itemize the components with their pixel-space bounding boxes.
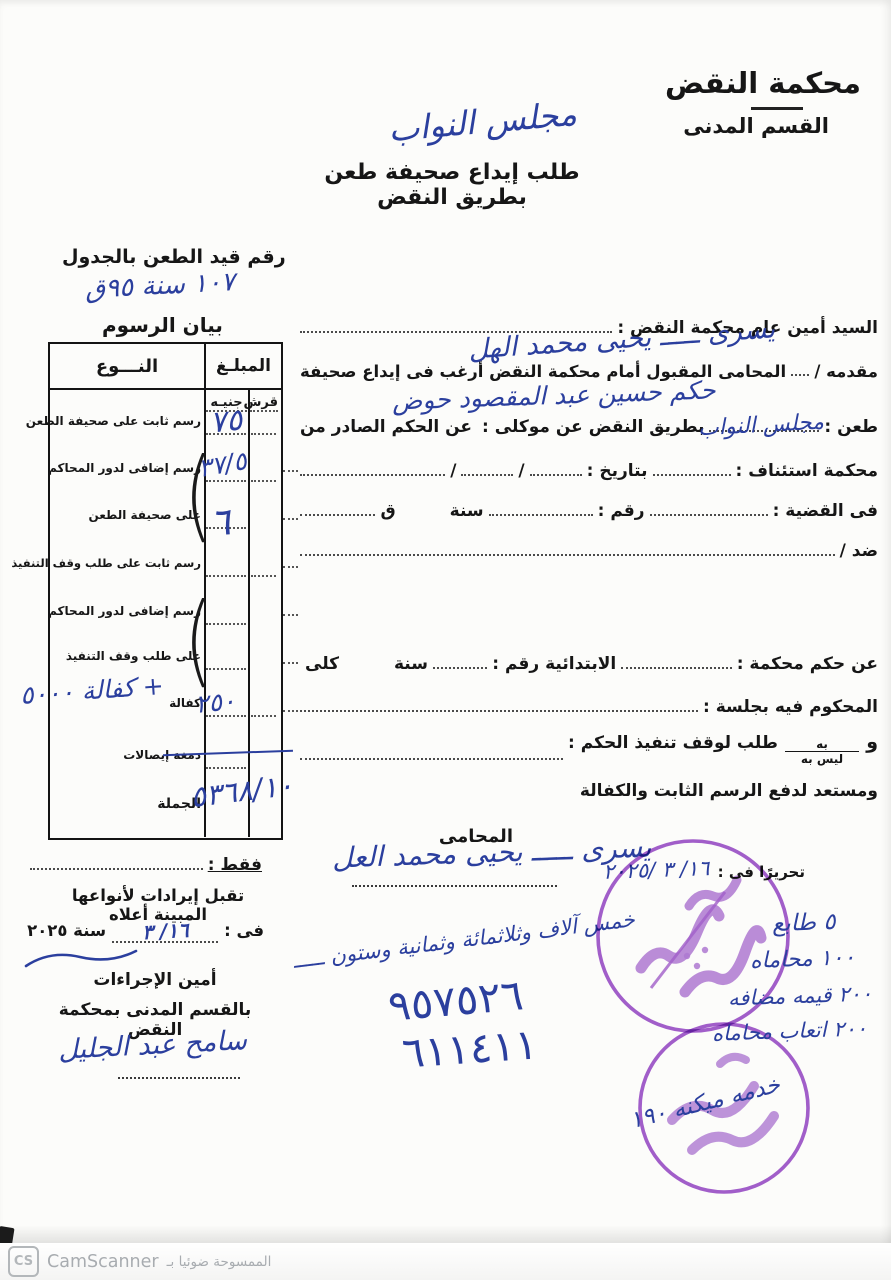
camscanner-logo-icon: CS: [8, 1246, 39, 1277]
hasnot-label: ليس به: [785, 751, 859, 766]
note-label: قيمه مضافه: [728, 983, 832, 1011]
registry-number-handwritten: ١٠٧ سنة ٩٥ق: [79, 267, 240, 305]
page-bottom-edge: [0, 1225, 891, 1243]
court-name-underline: [751, 107, 803, 110]
fee-row-label: رسم إضافى لدور المحاكم: [48, 604, 201, 618]
fee-row-label: رسم ثابت على طلب وقف التنفيذ: [11, 556, 201, 570]
blank-line: [621, 664, 731, 669]
fees-table-header: النـــوع المبلـغ: [50, 344, 281, 390]
form-line-stay: و به ليس به طلب لوقف تنفيذ الحكم :: [300, 731, 878, 765]
receipt-number-2: ٦١١٤١١: [400, 1019, 538, 1077]
officer-title-line1: أمين الإجراءات: [88, 970, 222, 990]
year-label: سنة: [450, 501, 484, 521]
blank-line: [300, 755, 563, 760]
camscanner-bar: CS CamScanner الممسوحة ضوئيا بـ: [0, 1243, 891, 1280]
blank-line: [30, 865, 203, 870]
client-name-handwritten: حكم حسين عبد المقصود حوض: [392, 375, 716, 415]
registry-label: رقم قيد الطعن بالجدول: [62, 246, 286, 268]
margin-note-attorney-fees: ٢٠٠ اتعاب محاماه: [712, 1016, 868, 1045]
scanned-document-page: محكمة النقض القسم المدنى مجلس النواب طلب…: [0, 0, 891, 1280]
case-label: فى القضية :: [773, 501, 878, 521]
against-label: ضد /: [840, 541, 878, 561]
table-divider-pounds-piasters: [248, 390, 250, 837]
date-label: بتاريخ :: [587, 461, 648, 481]
fees-table: النـــوع المبلـغ جنيـه قرش رسم ثابت على …: [48, 342, 283, 840]
fee-amount-handwritten: ٦: [208, 499, 232, 545]
blank-line: [650, 511, 768, 516]
ready-clause: ومستعد لدفع الرسم الثابت والكفالة: [580, 781, 878, 801]
form-line-against: ضد /: [300, 541, 878, 561]
leader-dots: [283, 710, 298, 712]
document-title: طلب إيداع صحيفة طعن بطريق النقض: [287, 160, 617, 210]
court-section: القسم المدنى: [683, 114, 829, 138]
scanned-with-text: الممسوحة ضوئيا بـ: [167, 1254, 272, 1270]
leader-dots: [283, 566, 298, 568]
note-amount: ٢٠٠: [838, 981, 873, 1006]
column-amount: المبلـغ: [206, 344, 281, 388]
signature-dotted-line: [118, 1077, 240, 1079]
slash-mark: /: [450, 461, 456, 481]
kolli-label: كلى: [305, 654, 339, 674]
court-name: محكمة النقض: [665, 66, 861, 100]
only-line: فقط :: [30, 855, 262, 875]
wa-label: و: [866, 731, 878, 753]
qaf-label: ق: [380, 501, 395, 521]
margin-note-lawyering: ١٠٠ محاماه: [750, 945, 856, 974]
leader-dots: [251, 431, 276, 435]
form-line-appeal-court: محكمة استئناف : بتاريخ : / /: [300, 461, 878, 481]
blank-line: [489, 511, 593, 516]
blank-line: [791, 371, 809, 376]
form-line-session: المحكوم فيه بجلسة :: [300, 697, 878, 717]
judgment-source-clause: عن الحكم الصادر من: [300, 417, 472, 437]
pen-swoosh: [22, 944, 140, 972]
fees-table-body: جنيـه قرش رسم ثابت على صحيفة الطعن رسم إ…: [50, 390, 281, 837]
signature-dotted-line: [352, 885, 557, 887]
leader-dots: [283, 614, 298, 616]
blank-line: [461, 471, 513, 476]
form-line-submitted-by: مقدمه / المحامى المقبول أمام محكمة النقض…: [300, 362, 878, 381]
first-instance-label: عن حكم محكمة :: [737, 654, 878, 674]
note-amount: ٥: [823, 909, 836, 935]
leader-dots: [251, 478, 276, 482]
appeal-clause: بطريق النقض عن موكلى :: [482, 417, 704, 437]
margin-note-vat: ٢٠٠ قيمه مضافه: [728, 981, 873, 1010]
handwritten-top-note: مجلس النواب: [387, 94, 579, 149]
fee-amount-handwritten: ٢٥٠: [194, 686, 237, 719]
appeal-court-label: محكمة استئناف :: [736, 461, 879, 481]
leader-dots: [283, 470, 298, 472]
has-label: به: [816, 738, 828, 751]
camscanner-brand: CamScanner: [47, 1252, 159, 1272]
in-label: فى :: [224, 921, 264, 940]
has-hasnot-fraction: به ليس به: [785, 738, 859, 765]
form-line-ready: ومستعد لدفع الرسم الثابت والكفالة: [300, 781, 878, 801]
column-piasters: قرش: [250, 395, 278, 412]
slash-mark: /: [518, 461, 524, 481]
leader-dots: [251, 573, 276, 577]
leader-dots: [206, 573, 246, 577]
bracket-mark: (: [184, 582, 213, 698]
column-type: النـــوع: [50, 344, 206, 388]
year-label: سنة: [394, 654, 428, 674]
only-label: فقط :: [208, 855, 262, 875]
blank-line: [300, 707, 698, 712]
blank-line: [300, 511, 375, 516]
stay-clause: طلب لوقف تنفيذ الحكم :: [568, 733, 778, 753]
note-label: محاماه: [750, 947, 814, 974]
blank-line: ١٦/ ٣: [112, 917, 218, 943]
year-clause: سنة ٢٠٢٥: [27, 921, 106, 940]
fee-row-label: رسم ثابت على صحيفة الطعن: [26, 414, 201, 428]
session-label: المحكوم فيه بجلسة :: [703, 697, 878, 717]
fee-row-label: رسم إضافى لدور المحاكم: [48, 461, 201, 475]
note-label: اتعاب محاماه: [712, 1018, 827, 1046]
blank-line: [653, 471, 731, 476]
margin-note-stamps: ٥ طابع: [772, 909, 837, 937]
receipt-date-line: فى : ١٦/ ٣ سنة ٢٠٢٥: [26, 917, 264, 943]
form-line-first-instance: عن حكم محكمة : الابتدائية رقم : سنة كلى: [300, 654, 878, 674]
blank-line: [433, 664, 487, 669]
leader-dots: [283, 662, 298, 664]
note-amount: ٢٠٠: [833, 1016, 868, 1041]
blank-line: [530, 471, 582, 476]
fees-table-title: بيان الرسوم: [102, 313, 223, 337]
appeal-label: طعن :: [824, 417, 878, 437]
blank-line: [300, 471, 445, 476]
fee-amount-handwritten: ٧٥: [208, 402, 244, 440]
first-instance-clause: الابتدائية رقم :: [492, 654, 616, 674]
number-label: رقم :: [598, 501, 645, 521]
blank-line: [300, 551, 835, 556]
submitted-by-label: مقدمه /: [814, 362, 878, 381]
fee-row-label: على طلب وقف التنفيذ: [66, 649, 201, 663]
note-label: طابع: [772, 910, 817, 938]
receipt-date-handwritten: ١٦/ ٣: [141, 918, 189, 944]
leader-dots: [283, 518, 298, 520]
form-line-case: فى القضية : رقم : سنة ق: [300, 501, 878, 521]
amount-in-words-handwritten: خمس آلاف وثلاثمائة وثمانية وستون ـــــ: [292, 907, 636, 973]
note-amount: ١٠٠: [819, 945, 855, 971]
leader-dots: [251, 713, 276, 717]
leader-dots: [206, 765, 246, 769]
